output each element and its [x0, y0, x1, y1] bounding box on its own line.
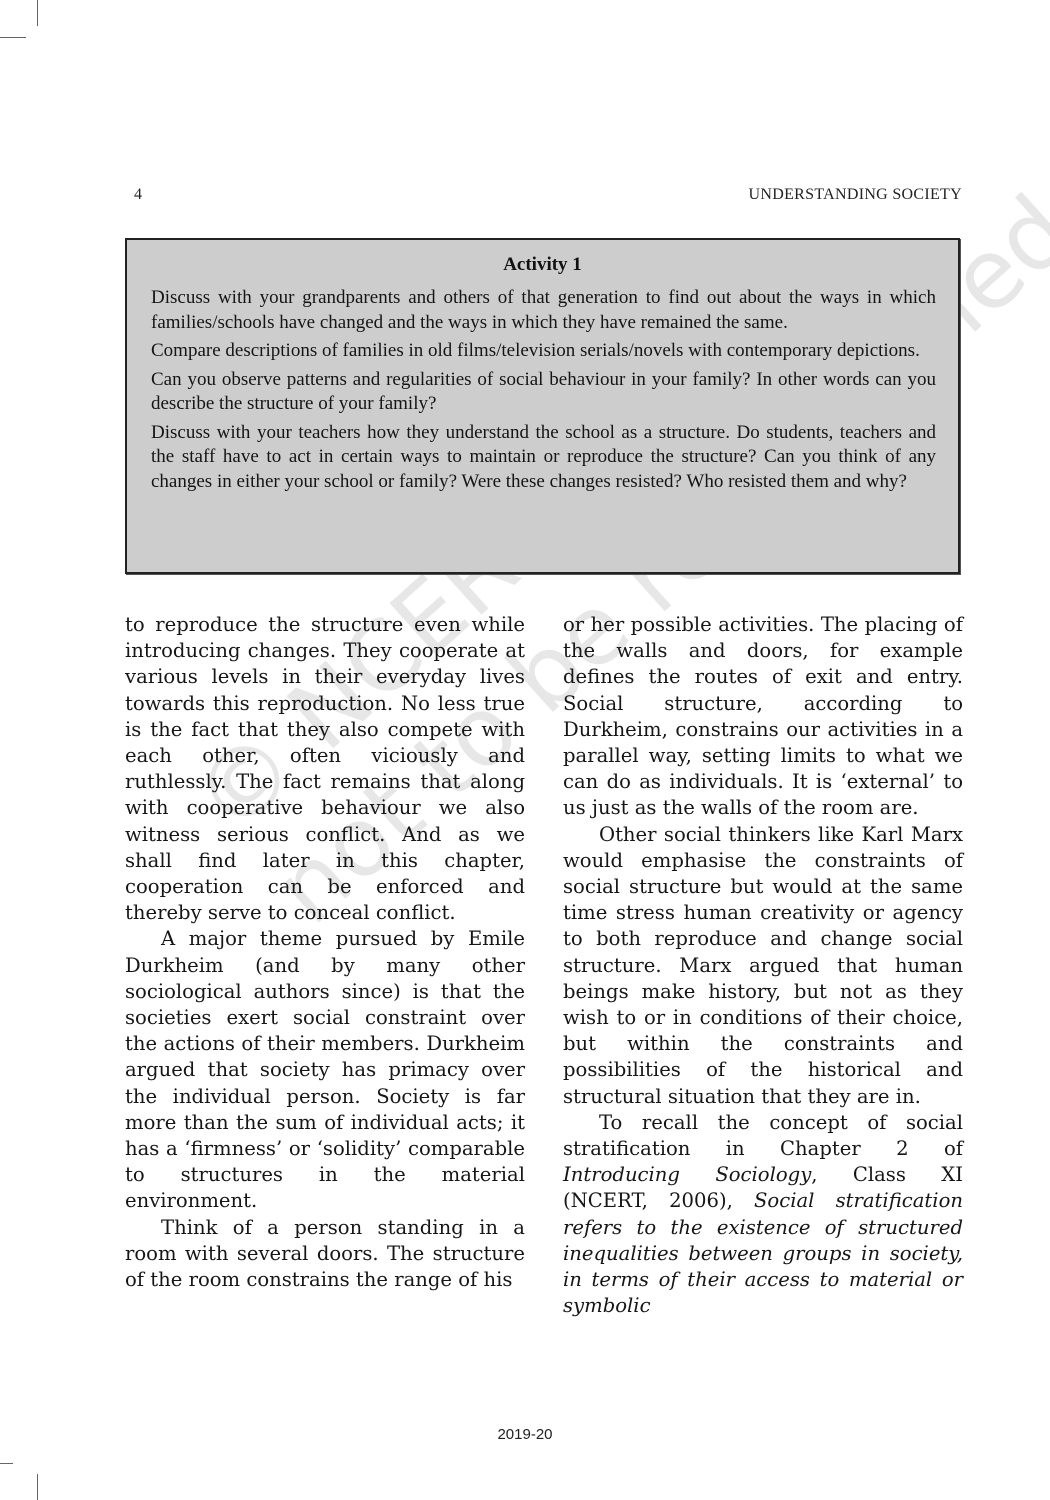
body-column-left: to reproduce the structure even while in… — [125, 612, 525, 1293]
body-column-right: or her possible activities. The placing … — [563, 612, 963, 1319]
text-run: To recall the concept of social stratifi… — [563, 1111, 963, 1160]
activity-item: Compare descriptions of families in old … — [151, 339, 936, 364]
running-title: UNDERSTANDING SOCIETY — [749, 186, 962, 204]
page-number: 4 — [134, 186, 142, 204]
activity-item: Discuss with your teachers how they unde… — [151, 421, 936, 495]
crop-mark-bottom-vertical — [37, 1474, 38, 1500]
activity-title: Activity 1 — [127, 254, 958, 276]
activity-item: Can you observe patterns and regularitie… — [151, 368, 936, 417]
paragraph-stratification: To recall the concept of social stratifi… — [563, 1110, 963, 1320]
paragraph: or her possible activities. The placing … — [563, 612, 963, 822]
activity-item: Discuss with your grandparents and other… — [151, 286, 936, 335]
crop-mark-top-horizontal — [0, 37, 26, 38]
crop-mark-top-vertical — [37, 0, 38, 26]
paragraph: A major theme pursued by Emile Durkheim … — [125, 926, 525, 1214]
footer-year: 2019-20 — [0, 1426, 1050, 1443]
book-title-italic: Introducing Sociology — [563, 1163, 811, 1186]
paragraph: Other social thinkers like Karl Marx wou… — [563, 822, 963, 1110]
paragraph: Think of a person standing in a room wit… — [125, 1215, 525, 1294]
paragraph: to reproduce the structure even while in… — [125, 612, 525, 926]
crop-mark-bottom-horizontal — [0, 1463, 13, 1464]
activity-box: Activity 1 Discuss with your grandparent… — [125, 238, 960, 574]
